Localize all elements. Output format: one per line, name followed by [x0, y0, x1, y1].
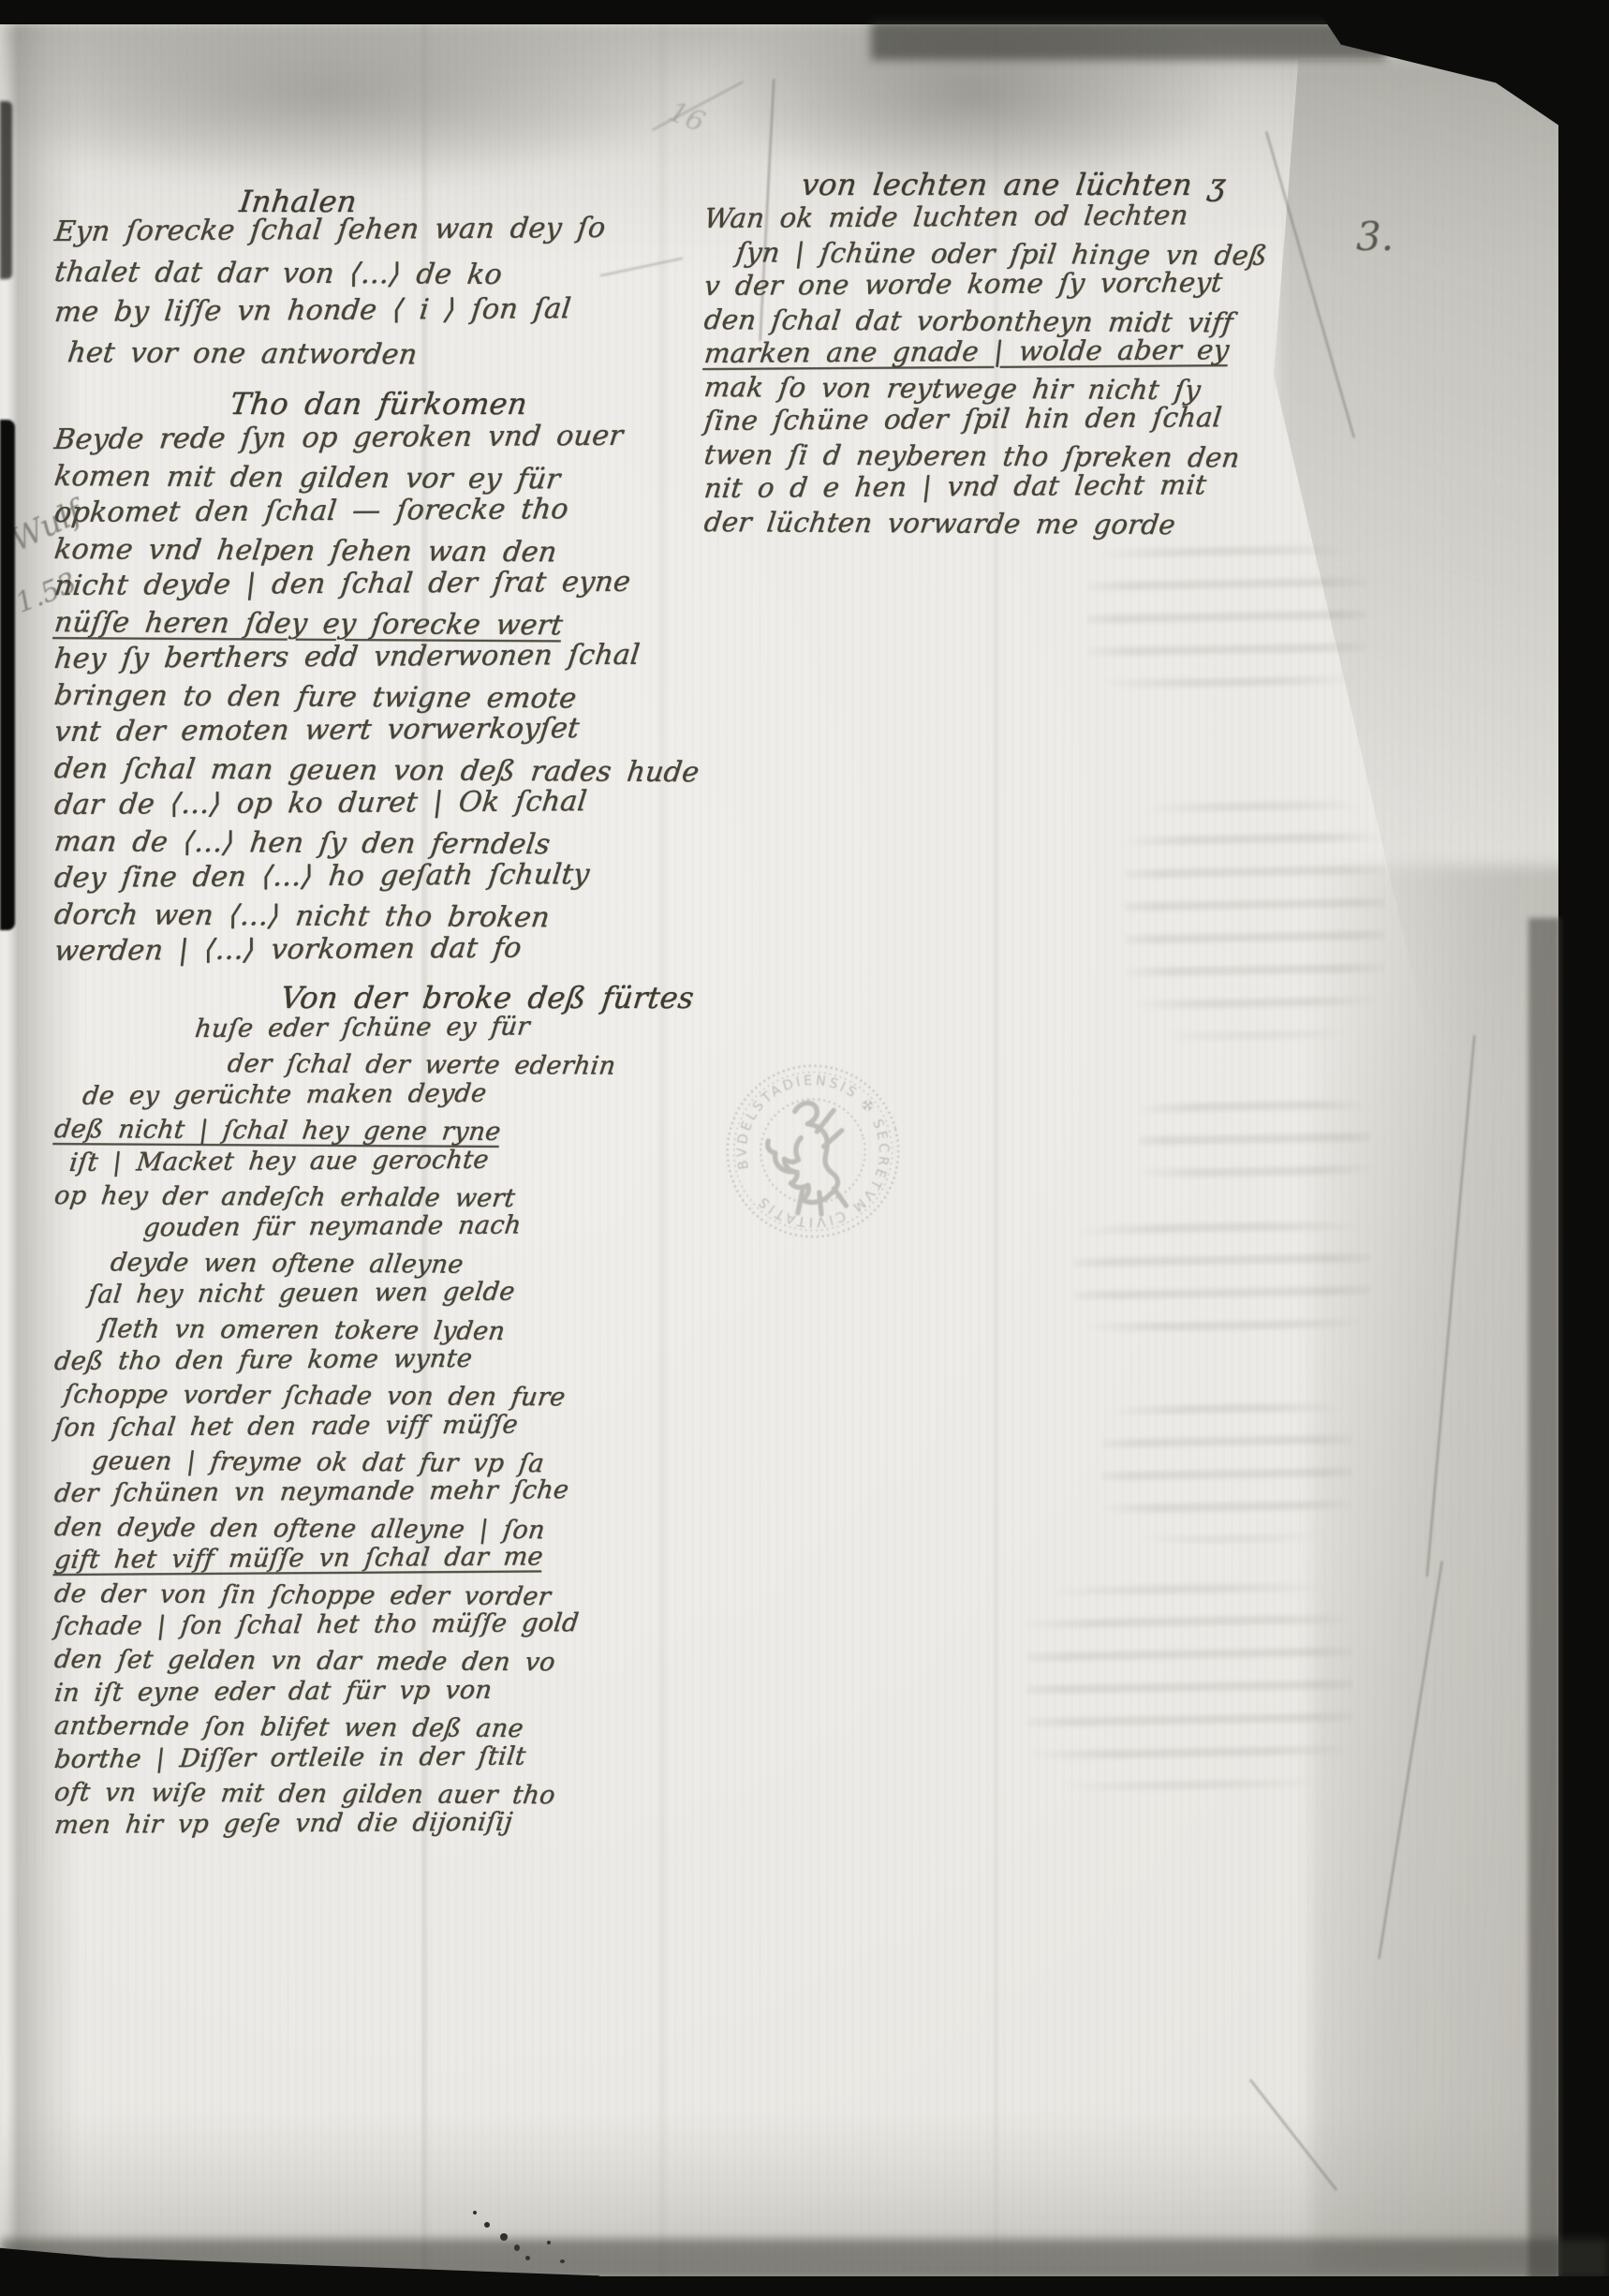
manuscript-scan: 16 3. Wulf 1.53 Inhalen Eyn ſorecke ſcha…: [0, 0, 1609, 2296]
scan-border-left-strip: [0, 101, 12, 279]
paragraph-lechten: Wan ok mide luchten od lechtenſyn | ſchü…: [704, 202, 1341, 540]
manuscript-text-line: ſchade | ſon ſchal het tho müſſe gold: [52, 1607, 666, 1645]
bleedthrough-text-block: [1026, 1566, 1353, 1800]
ink-speck: [484, 2222, 490, 2228]
paragraph-summary: Eyn ſorecke ſchal ſehen wan dey ſothalet…: [54, 215, 663, 377]
paragraph-broke: huſe eder ſchüne ey fürder ſchal der wer…: [54, 1015, 663, 1844]
manuscript-text-line: het vor one antworden: [52, 336, 665, 380]
manuscript-text-line: Eyn ſorecke ſchal ſehen wan dey ſo: [52, 211, 667, 256]
seal-legend: BVDELSTADIENSIS ✠ SECRETVM CIVITATIS: [717, 1056, 908, 1247]
bleedthrough-text-block: [1072, 1205, 1372, 1350]
folio-number: 3.: [1356, 214, 1394, 259]
section-heading-broke: Von der broke deß fürtes: [279, 980, 696, 1015]
bleedthrough-text-block: [1124, 783, 1386, 1045]
manuscript-text-line: hey ſy berthers edd vnderwonen ſchal: [52, 638, 666, 679]
page-edge-shadow: [1528, 918, 1560, 2296]
manuscript-text-line: v der one worde kome ſy vorcheyt: [702, 265, 1344, 304]
manuscript-text-line: iſt | Macket hey aue gerochte: [52, 1144, 666, 1181]
manuscript-text-line: Wan ok mide luchten od lechten: [702, 198, 1344, 236]
ink-speck: [473, 2211, 477, 2215]
paragraph-fuerkomen: Beyde rede ſyn op geroken vnd ouerkomen …: [54, 423, 663, 971]
manuscript-text-line: marken ane gnade | wolde aber ey: [702, 333, 1344, 371]
manuscript-text-line: men hir vp geſe vnd die dijoniſij: [52, 1807, 666, 1844]
manuscript-page: 16 3. Wulf 1.53 Inhalen Eyn ſorecke ſcha…: [0, 22, 1573, 2282]
manuscript-text-line: gouden für neymande nach: [52, 1210, 666, 1248]
section-heading-lechten: von lechten ane lüchten ʒ: [800, 167, 1228, 202]
manuscript-text-line: vnt der emoten wert vorwerkoyſet: [52, 711, 666, 752]
manuscript-text-line: der ſchünen vn neymande mehr ſche: [52, 1475, 666, 1513]
bleedthrough-text-block: [1138, 1083, 1372, 1195]
manuscript-text-line: ſon ſchal het den rade viff müſſe: [52, 1409, 666, 1446]
scan-border-left-strip: [0, 420, 15, 930]
manuscript-text-line: ſine ſchüne oder ſpil hin den ſchal: [702, 400, 1344, 438]
city-seal-stamp: BVDELSTADIENSIS ✠ SECRETVM CIVITATIS: [702, 1039, 924, 1265]
crease: [1249, 2079, 1337, 2190]
manuscript-text-line: gift het viff müſſe vn ſchal dar me: [52, 1542, 666, 1579]
manuscript-text-line: deß tho den fure kome wynte: [52, 1342, 666, 1380]
seal-graphic: BVDELSTADIENSIS ✠ SECRETVM CIVITATIS: [702, 1039, 924, 1265]
manuscript-text-line: werden | ⟨…⟩ vorkomen dat fo: [52, 930, 666, 971]
manuscript-text-line: nit o d e hen | vnd dat lecht mit: [702, 467, 1344, 506]
manuscript-text-line: dar de ⟨…⟩ op ko duret | Ok ſchal: [52, 784, 666, 825]
svg-text:BVDELSTADIENSIS ✠ SECRETVM CIV: BVDELSTADIENSIS ✠ SECRETVM CIVITATIS: [717, 1056, 908, 1247]
manuscript-text-line: ſal hey nicht geuen wen gelde: [52, 1277, 666, 1314]
manuscript-text-line: me by liſſe vn honde ⟨ i ⟩ ſon ſal: [52, 291, 667, 336]
bleedthrough-text-block: [1086, 528, 1367, 706]
stain-blotch: [0, 0, 693, 191]
scan-border-right: [1558, 0, 1609, 2296]
bleedthrough-text-block: [1100, 1385, 1353, 1545]
scan-border-top-ragged: [871, 21, 1386, 60]
crease: [1426, 1035, 1476, 1577]
manuscript-text-line: Beyde rede ſyn op geroken vnd ouer: [52, 419, 666, 460]
section-heading-fuerkomen: Tho dan fürkomen: [229, 386, 530, 422]
manuscript-text-line: huſe eder ſchüne ey für: [52, 1011, 666, 1048]
manuscript-text-line: de ey gerüchte maken deyde: [52, 1077, 666, 1115]
crease: [1378, 1561, 1442, 1959]
manuscript-text-line: in iſt eyne eder dat für vp von: [52, 1674, 666, 1711]
manuscript-text-line: opkomet den ſchal — ſorecke tho: [52, 492, 666, 533]
manuscript-text-line: nicht deyde | den ſchal der ſrat eyne: [52, 565, 666, 606]
manuscript-text-line: borthe | Diſſer ortleile in der ſtilt: [52, 1741, 666, 1778]
manuscript-text-line: dey ſine den ⟨…⟩ ho geſath ſchulty: [52, 857, 666, 898]
